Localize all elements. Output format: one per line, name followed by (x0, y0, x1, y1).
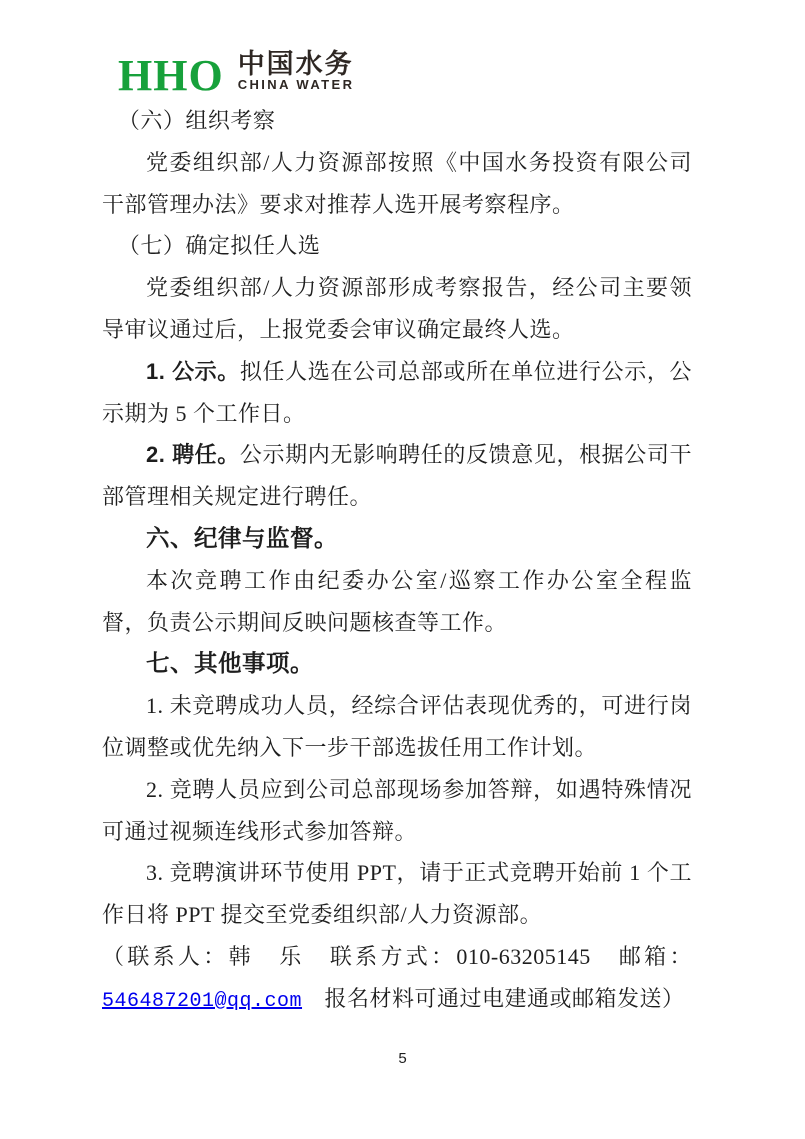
paragraph-supervision: 本次竞聘工作由纪委办公室/巡察工作办公室全程监督，负责公示期间反映问题核查等工作… (102, 560, 692, 644)
text-run: 1. 未竞聘成功人员，经综合评估表现优秀的，可进行岗位调整或优先纳入下一步干部选… (102, 693, 692, 760)
email-link[interactable]: 546487201@qq.com (102, 990, 302, 1013)
bold-text-run: 六、纪律与监督。 (146, 525, 338, 551)
logo-name-stack: 中国水务 CHINA WATER (238, 50, 355, 92)
text-run: 党委组织部/人力资源部按照《中国水务投资有限公司干部管理办法》要求对推荐人选开展… (102, 150, 692, 217)
document-page: HHO 中国水务 CHINA WATER （六）组织考察党委组织部/人力资源部按… (0, 0, 805, 1139)
text-run: 报名材料可通过电建通或邮箱发送） (302, 986, 685, 1011)
paragraph-appointment: 2. 聘任。公示期内无影响聘任的反馈意见，根据公司干部管理相关规定进行聘任。 (102, 434, 692, 518)
logo-english-name: CHINA WATER (238, 78, 355, 92)
paragraph-contact: （联系人：韩 乐 联系方式：010-63205145 邮箱：546487201@… (102, 936, 692, 1023)
chapter-heading-discipline: 六、纪律与监督。 (102, 518, 692, 560)
text-run: 3. 竞聘演讲环节使用 PPT，请于正式竞聘开始前 1 个工作日将 PPT 提交… (102, 860, 692, 927)
paragraph-other-3: 3. 竞聘演讲环节使用 PPT，请于正式竞聘开始前 1 个工作日将 PPT 提交… (102, 852, 692, 936)
company-logo: HHO 中国水务 CHINA WATER (118, 50, 354, 98)
text-run: 2. 竞聘人员应到公司总部现场参加答辩，如遇特殊情况可通过视频连线形式参加答辩。 (102, 777, 692, 844)
bold-text-run: 七、其他事项。 (146, 650, 314, 676)
paragraph-inspection: 党委组织部/人力资源部按照《中国水务投资有限公司干部管理办法》要求对推荐人选开展… (102, 142, 692, 226)
text-run: （七）确定拟任人选 (118, 233, 321, 258)
chapter-heading-other: 七、其他事项。 (102, 643, 692, 685)
paragraph-final-candidate: 党委组织部/人力资源部形成考察报告，经公司主要领导审议通过后，上报党委会审议确定… (102, 267, 692, 351)
bold-text-run: 2. 聘任。 (146, 442, 240, 467)
paragraph-publicity: 1. 公示。拟任人选在公司总部或所在单位进行公示，公示期为 5 个工作日。 (102, 351, 692, 435)
text-run: 本次竞聘工作由纪委办公室/巡察工作办公室全程监督，负责公示期间反映问题核查等工作… (102, 568, 692, 635)
logo-hho-text: HHO (118, 54, 224, 98)
document-body: （六）组织考察党委组织部/人力资源部按照《中国水务投资有限公司干部管理办法》要求… (102, 100, 692, 1023)
section-heading-7: （七）确定拟任人选 (102, 225, 692, 267)
text-run: 党委组织部/人力资源部形成考察报告，经公司主要领导审议通过后，上报党委会审议确定… (102, 275, 692, 342)
page-number: 5 (0, 1050, 805, 1067)
bold-text-run: 1. 公示。 (146, 359, 240, 384)
section-heading-6: （六）组织考察 (102, 100, 692, 142)
text-run: （六）组织考察 (118, 108, 276, 133)
paragraph-other-2: 2. 竞聘人员应到公司总部现场参加答辩，如遇特殊情况可通过视频连线形式参加答辩。 (102, 769, 692, 853)
text-run: （联系人：韩 乐 联系方式：010-63205145 邮箱： (102, 944, 692, 969)
paragraph-other-1: 1. 未竞聘成功人员，经综合评估表现优秀的，可进行岗位调整或优先纳入下一步干部选… (102, 685, 692, 769)
logo-chinese-name: 中国水务 (238, 50, 355, 78)
